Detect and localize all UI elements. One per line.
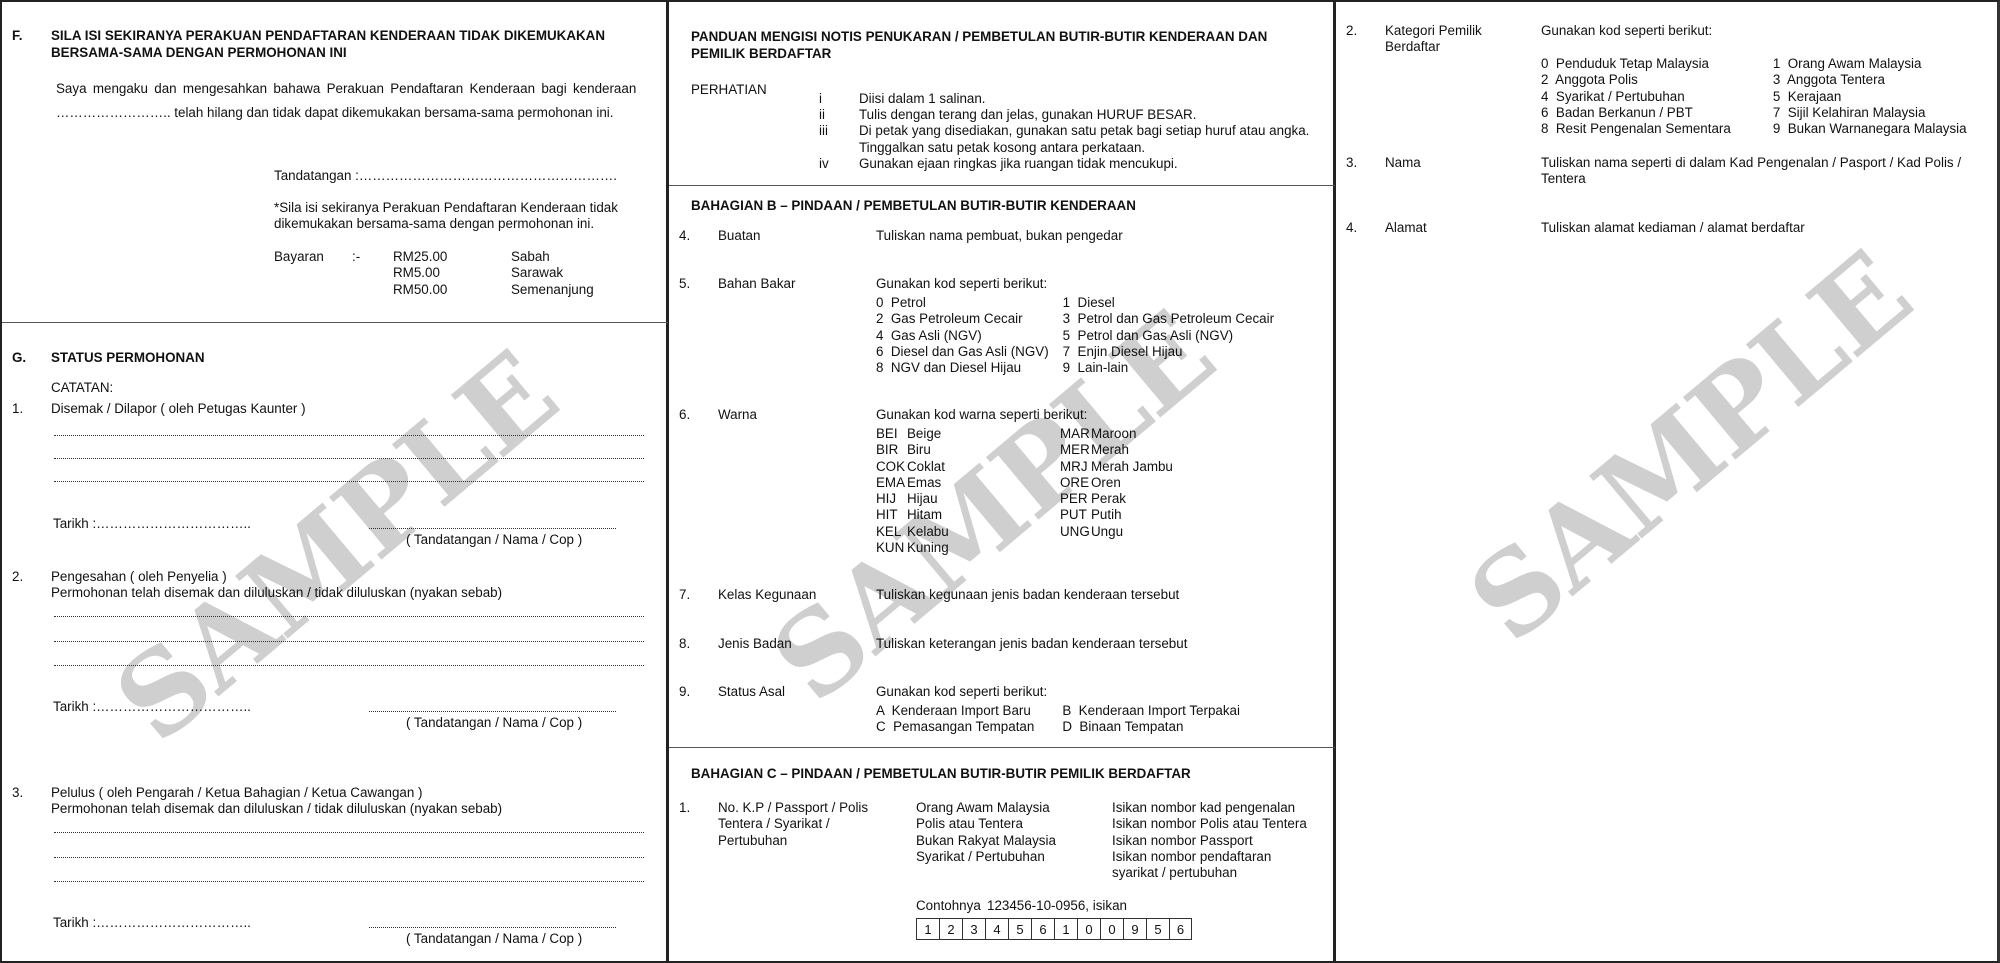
date-field[interactable]: Tarikh :…………………………….. <box>53 516 251 532</box>
color-code-key: KUN <box>876 540 907 556</box>
color-code: EMAEmas <box>876 475 949 491</box>
payment-label: Bayaran <box>274 249 324 265</box>
signature-caption: ( Tandatangan / Nama / Cop ) <box>406 715 582 731</box>
id-label: No. K.P / Passport / Polis Tentera / Sya… <box>718 800 868 849</box>
color-code: PERPerak <box>1060 491 1173 507</box>
color-code: OREOren <box>1060 475 1173 491</box>
item-text: Gunakan kod seperti berikut: <box>876 684 1047 700</box>
color-code: BIRBiru <box>876 442 949 458</box>
owner-code: 8 Resit Pengenalan Sementara <box>1541 121 1731 137</box>
color-code: MERMerah <box>1060 442 1173 458</box>
id-instruction: Isikan nombor Polis atau Tentera <box>1112 816 1307 832</box>
notes-label: CATATAN: <box>51 380 113 396</box>
color-code-name: Beige <box>907 426 941 442</box>
origin-code: B Kenderaan Import Terpakai <box>1062 703 1240 719</box>
note-text-line2: dikemukakan bersama-sama dengan permohon… <box>274 216 594 232</box>
attention-item: Diisi dalam 1 salinan. <box>859 91 1309 107</box>
fuel-code: 3 Petrol dan Gas Petroleum Cecair <box>1063 311 1274 327</box>
attention-items: Diisi dalam 1 salinan. Tulis dengan tera… <box>859 91 1309 172</box>
owner-category-label: Kategori Pemilik Berdaftar <box>1385 23 1482 56</box>
item-label: Nama <box>1385 155 1421 171</box>
signature-field[interactable]: Tandatangan :…………………………………………………. <box>274 168 617 184</box>
status-item-number: 3. <box>12 785 23 801</box>
color-code-key: MRJ <box>1060 459 1091 475</box>
fuel-code: 8 NGV dan Diesel Hijau <box>876 360 1049 376</box>
remarks-line[interactable] <box>54 881 644 882</box>
character-box: 6 <box>1031 918 1054 940</box>
character-box: 1 <box>1054 918 1077 940</box>
payment-region: Sarawak <box>511 265 594 281</box>
payment-amount: RM5.00 <box>393 265 447 281</box>
item-text: Gunakan kod seperti berikut: <box>1541 23 1712 39</box>
item-label: Status Asal <box>718 684 785 700</box>
color-code-name: Hitam <box>907 507 942 523</box>
fuel-code: 5 Petrol dan Gas Asli (NGV) <box>1063 328 1274 344</box>
item-text: Gunakan kod seperti berikut: <box>876 276 1047 292</box>
color-code-key: UNG <box>1060 524 1091 540</box>
origin-code: C Pemasangan Tempatan <box>876 719 1034 735</box>
color-code-name: Kelabu <box>907 524 949 540</box>
character-box: 5 <box>1146 918 1169 940</box>
owner-code: 4 Syarikat / Pertubuhan <box>1541 89 1731 105</box>
owner-code: 0 Penduduk Tetap Malaysia <box>1541 56 1731 72</box>
remarks-line[interactable] <box>54 435 644 436</box>
sample-watermark: SAMPLE <box>1446 228 1935 668</box>
owner-code: 7 Sijil Kelahiran Malaysia <box>1773 105 1967 121</box>
attention-item: Di petak yang disediakan, gunakan satu p… <box>859 123 1309 139</box>
item-text: Tuliskan nama pembuat, bukan pengedar <box>876 228 1123 244</box>
divider <box>2 322 668 323</box>
color-code-name: Ungu <box>1091 524 1123 540</box>
id-instructions: Isikan nombor kad pengenalan Isikan nomb… <box>1112 800 1307 881</box>
color-code-key: HIT <box>876 507 907 523</box>
signature-line[interactable] <box>369 528 616 529</box>
color-code: UNGUngu <box>1060 524 1173 540</box>
section-g-letter: G. <box>12 350 26 366</box>
color-code-name: Hijau <box>907 491 938 507</box>
color-code: MARMaroon <box>1060 426 1173 442</box>
remarks-line[interactable] <box>54 832 644 833</box>
status-item-title: Disemak / Dilapor ( oleh Petugas Kaunter… <box>51 401 306 417</box>
color-code-name: Biru <box>907 442 931 458</box>
section-b-title: BAHAGIAN B – PINDAAN / PEMBETULAN BUTIR-… <box>691 198 1136 214</box>
color-code: KUNKuning <box>876 540 949 556</box>
fuel-code: 7 Enjin Diesel Hijau <box>1063 344 1274 360</box>
color-code: MRJMerah Jambu <box>1060 459 1173 475</box>
attention-item: Tulis dengan terang dan jelas, gunakan H… <box>859 107 1309 123</box>
color-code-key: KEL <box>876 524 907 540</box>
date-field[interactable]: Tarikh :…………………………….. <box>53 699 251 715</box>
signature-line[interactable] <box>369 711 616 712</box>
character-box: 3 <box>962 918 985 940</box>
color-code-key: BIR <box>876 442 907 458</box>
payment-region: Sabah <box>511 249 594 265</box>
divider <box>669 185 1335 186</box>
color-codes-right: MARMaroon MERMerah MRJMerah Jambu OREOre… <box>1060 426 1173 540</box>
item-label: Warna <box>718 407 757 423</box>
owner-categories: Orang Awam Malaysia Polis atau Tentera B… <box>916 800 1056 865</box>
status-item-title: Pelulus ( oleh Pengarah / Ketua Bahagian… <box>51 785 422 801</box>
signature-caption: ( Tandatangan / Nama / Cop ) <box>406 532 582 548</box>
color-code-name: Putih <box>1091 507 1122 523</box>
color-code: COKCoklat <box>876 459 949 475</box>
attention-label: PERHATIAN <box>691 82 767 98</box>
id-instruction: Isikan nombor kad pengenalan <box>1112 800 1307 816</box>
id-instruction: Isikan nombor Passport <box>1112 833 1307 849</box>
attention-numbers: i ii iii iv <box>819 91 829 172</box>
remarks-line[interactable] <box>54 616 644 617</box>
color-code-key: COK <box>876 459 907 475</box>
remarks-line[interactable] <box>54 458 644 459</box>
owner-category: Orang Awam Malaysia <box>916 800 1056 816</box>
status-item-title: Pengesahan ( oleh Penyelia ) <box>51 569 227 585</box>
owner-code: 6 Badan Berkanun / PBT <box>1541 105 1731 121</box>
payment-regions: Sabah Sarawak Semenanjung <box>511 249 594 298</box>
section-c-title: BAHAGIAN C – PINDAAN / PEMBETULAN BUTIR-… <box>691 766 1191 782</box>
owner-code: 9 Bukan Warnanegara Malaysia <box>1773 121 1967 137</box>
color-code: HIJHijau <box>876 491 949 507</box>
attention-item: Tinggalkan satu petak kosong antara perk… <box>859 140 1309 156</box>
owner-code: 2 Anggota Polis <box>1541 72 1731 88</box>
item-number: 7. <box>679 587 690 603</box>
label-line: Kategori Pemilik <box>1385 23 1482 39</box>
character-box: 0 <box>1100 918 1123 940</box>
character-box: 2 <box>939 918 962 940</box>
color-code-key: ORE <box>1060 475 1091 491</box>
status-item-subtitle: Permohonan telah disemak dan diluluskan … <box>51 585 502 601</box>
color-code-key: PER <box>1060 491 1091 507</box>
item-label: Kelas Kegunaan <box>718 587 816 603</box>
item-text: Tuliskan alamat kediaman / alamat berdaf… <box>1541 220 1805 236</box>
color-code: HITHitam <box>876 507 949 523</box>
color-codes-left: BEIBeige BIRBiru COKCoklat EMAEmas HIJHi… <box>876 426 949 556</box>
status-item-subtitle: Permohonan telah disemak dan diluluskan … <box>51 801 502 817</box>
character-box: 1 <box>916 918 939 940</box>
section-f-letter: F. <box>12 28 22 44</box>
color-code: BEIBeige <box>876 426 949 442</box>
guide-title: PANDUAN MENGISI NOTIS PENUKARAN / PEMBET… <box>691 29 1267 45</box>
origin-codes: A Kenderaan Import Baru B Kenderaan Impo… <box>876 703 1240 736</box>
form-page-3: SAMPLE 2. Kategori Pemilik Berdaftar Gun… <box>1333 0 2000 963</box>
item-number: 6. <box>679 407 690 423</box>
item-text: Tuliskan keterangan jenis badan kenderaa… <box>876 636 1187 652</box>
color-code-key: EMA <box>876 475 907 491</box>
color-code-key: HIJ <box>876 491 907 507</box>
item-label: Buatan <box>718 228 760 244</box>
color-code-key: PUT <box>1060 507 1091 523</box>
color-code-name: Emas <box>907 475 941 491</box>
note-text: *Sila isi sekiranya Perakuan Pendaftaran… <box>274 200 618 216</box>
color-code-key: BEI <box>876 426 907 442</box>
item-number: 8. <box>679 636 690 652</box>
item-number: 9. <box>679 684 690 700</box>
color-code-name: Perak <box>1091 491 1126 507</box>
item-number: 3. <box>1346 155 1357 171</box>
example-character-boxes: 1 2 3 4 5 6 1 0 0 9 5 6 <box>916 918 1192 940</box>
fuel-code: 2 Gas Petroleum Cecair <box>876 311 1049 327</box>
item-label: Bahan Bakar <box>718 276 795 292</box>
owner-category-codes: 0 Penduduk Tetap Malaysia 1 Orang Awam M… <box>1541 56 1967 137</box>
color-code: KELKelabu <box>876 524 949 540</box>
attention-num: i <box>819 91 829 107</box>
section-f-title-line2: BERSAMA-SAMA DENGAN PERMOHONAN INI <box>51 45 347 61</box>
item-number: 4. <box>679 228 690 244</box>
date-field[interactable]: Tarikh :…………………………….. <box>53 915 251 931</box>
id-label-line: No. K.P / Passport / Polis <box>718 800 868 816</box>
item-text-line2: Tentera <box>1541 171 1586 187</box>
owner-category: Bukan Rakyat Malaysia <box>916 833 1056 849</box>
color-code-key: MAR <box>1060 426 1091 442</box>
origin-code: D Binaan Tempatan <box>1062 719 1240 735</box>
attention-num: ii <box>819 107 829 123</box>
attention-num: iii <box>819 123 829 139</box>
owner-category: Polis atau Tentera <box>916 816 1056 832</box>
color-code-name: Oren <box>1091 475 1121 491</box>
owner-code: 3 Anggota Tentera <box>1773 72 1967 88</box>
status-item-number: 2. <box>12 569 23 585</box>
color-code: PUTPutih <box>1060 507 1173 523</box>
status-item-number: 1. <box>12 401 23 417</box>
owner-category: Syarikat / Pertubuhan <box>916 849 1056 865</box>
owner-code: 1 Orang Awam Malaysia <box>1773 56 1967 72</box>
item-label: Alamat <box>1385 220 1427 236</box>
label-line: Berdaftar <box>1385 39 1482 55</box>
payment-region: Semenanjung <box>511 282 594 298</box>
attention-item: Gunakan ejaan ringkas jika ruangan tidak… <box>859 156 1309 172</box>
fuel-codes: 0 Petrol 1 Diesel 2 Gas Petroleum Cecair… <box>876 295 1274 376</box>
owner-code: 5 Kerajaan <box>1773 89 1967 105</box>
id-label-line: Pertubuhan <box>718 833 868 849</box>
remarks-line[interactable] <box>54 481 644 482</box>
remarks-line[interactable] <box>54 665 644 666</box>
character-box: 5 <box>1008 918 1031 940</box>
color-code-name: Merah Jambu <box>1091 459 1173 475</box>
color-code-name: Coklat <box>907 459 945 475</box>
color-code-key: MER <box>1060 442 1091 458</box>
fuel-code: 1 Diesel <box>1063 295 1274 311</box>
guide-title-line2: PEMILIK BERDAFTAR <box>691 46 831 62</box>
character-box: 4 <box>985 918 1008 940</box>
item-text: Tuliskan kegunaan jenis badan kenderaan … <box>876 587 1179 603</box>
remarks-line[interactable] <box>54 641 644 642</box>
character-box: 6 <box>1169 918 1192 940</box>
payment-separator: :- <box>352 249 360 265</box>
color-code-name: Merah <box>1091 442 1129 458</box>
attention-num <box>819 140 829 156</box>
item-number: 2. <box>1346 23 1357 39</box>
id-instruction: syarikat / pertubuhan <box>1112 865 1307 881</box>
section-g-title: STATUS PERMOHONAN <box>51 350 205 366</box>
character-box: 0 <box>1077 918 1100 940</box>
origin-code: A Kenderaan Import Baru <box>876 703 1034 719</box>
item-text: Gunakan kod warna seperti berikut: <box>876 407 1087 423</box>
signature-caption: ( Tandatangan / Nama / Cop ) <box>406 931 582 947</box>
attention-num: iv <box>819 156 829 172</box>
example-label: Contohnya <box>916 898 981 914</box>
item-number: 1. <box>679 800 690 816</box>
signature-line[interactable] <box>369 927 616 928</box>
form-page-1: SAMPLE F. SILA ISI SEKIRANYA PERAKUAN PE… <box>0 0 668 963</box>
payment-amount: RM50.00 <box>393 282 447 298</box>
fuel-code: 9 Lain-lain <box>1063 360 1274 376</box>
item-number: 4. <box>1346 220 1357 236</box>
section-f-title: SILA ISI SEKIRANYA PERAKUAN PENDAFTARAN … <box>51 28 605 44</box>
fuel-code: 6 Diesel dan Gas Asli (NGV) <box>876 344 1049 360</box>
remarks-line[interactable] <box>54 857 644 858</box>
divider <box>669 747 1335 748</box>
declaration-text-line2[interactable]: …………………….. telah hilang dan tidak dapat … <box>56 105 613 121</box>
payment-amount: RM25.00 <box>393 249 447 265</box>
character-box: 9 <box>1123 918 1146 940</box>
id-instruction: Isikan nombor pendaftaran <box>1112 849 1307 865</box>
payment-amounts: RM25.00 RM5.00 RM50.00 <box>393 249 447 298</box>
item-text: Tuliskan nama seperti di dalam Kad Penge… <box>1541 155 1961 171</box>
form-page-2: SAMPLE PANDUAN MENGISI NOTIS PENUKARAN /… <box>666 0 1335 963</box>
id-label-line: Tentera / Syarikat / <box>718 816 868 832</box>
item-label: Jenis Badan <box>718 636 792 652</box>
item-number: 5. <box>679 276 690 292</box>
declaration-text: Saya mengaku dan mengesahkan bahawa Pera… <box>56 81 636 97</box>
fuel-code: 0 Petrol <box>876 295 1049 311</box>
color-code-name: Maroon <box>1091 426 1136 442</box>
color-code-name: Kuning <box>907 540 949 556</box>
fuel-code: 4 Gas Asli (NGV) <box>876 328 1049 344</box>
example-value: 123456-10-0956, isikan <box>987 898 1127 914</box>
